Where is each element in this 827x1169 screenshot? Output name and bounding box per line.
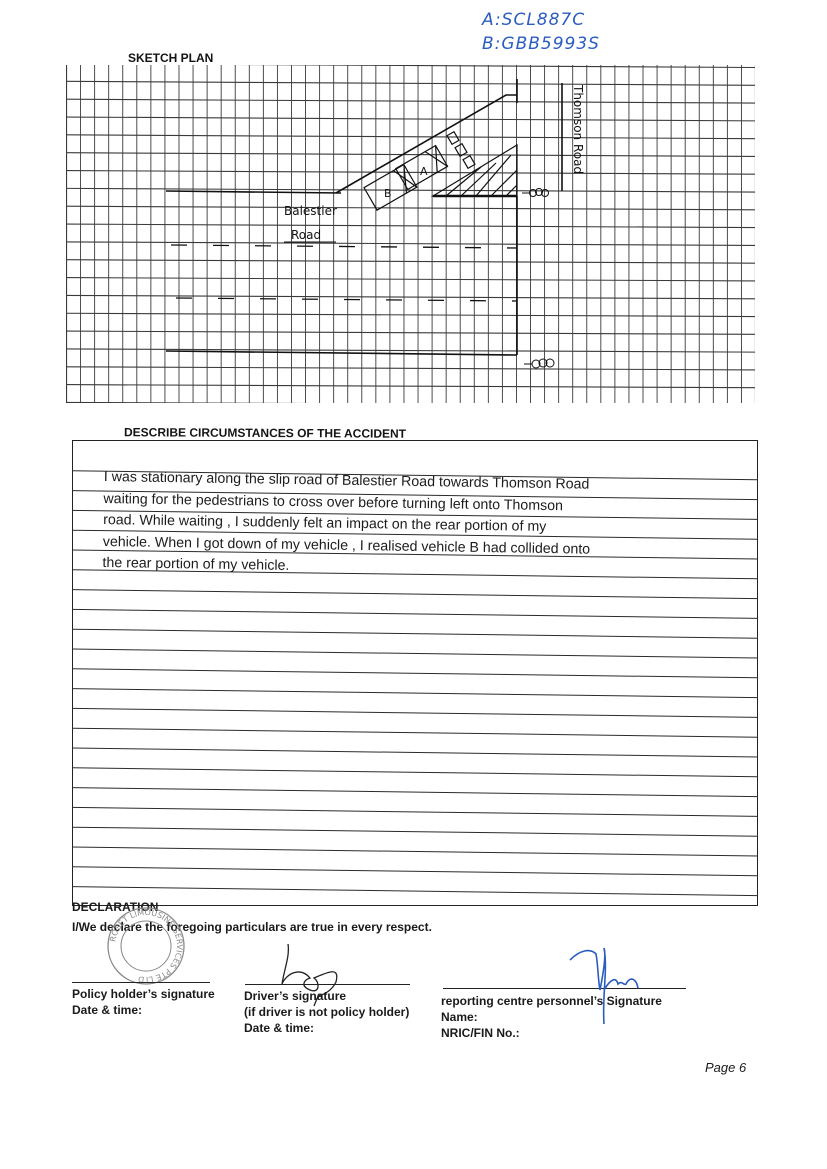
driver-signature-block: Driver’s signature (if driver is not pol… (244, 988, 409, 1036)
personnel-name-label: Name: (441, 1009, 662, 1025)
driver-note: (if driver is not policy holder) (244, 1004, 409, 1020)
company-stamp: ROSET LIMOUSINE SERVICES PTE LTD (98, 902, 198, 988)
circumstances-title: DESCRIBE CIRCUMSTANCES OF THE ACCIDENT (124, 425, 406, 440)
vehicle-plate-notes: A:SCL887C B:GBB5993S (482, 8, 600, 56)
personnel-signature-label: reporting centre personnel’s Signature (441, 993, 662, 1009)
policy-holder-signature-label: Policy holder’s signature (72, 986, 215, 1002)
personnel-nric-label: NRIC/FIN No.: (441, 1025, 662, 1041)
sketch-plan-title: SKETCH PLAN (128, 51, 213, 65)
personnel-signature-block: reporting centre personnel’s Signature N… (441, 993, 662, 1041)
sketch-plan-grid[interactable]: A B Balestier Road Thomson Road (66, 65, 755, 403)
driver-signature-label: Driver’s signature (244, 988, 409, 1004)
driver-date-label: Date & time: (244, 1020, 409, 1036)
thomson-road-label: Thomson Road (571, 84, 585, 174)
page-number: Page 6 (705, 1060, 746, 1075)
traffic-light-icon (524, 359, 554, 368)
vehicle-b-plate: B:GBB5993S (482, 32, 600, 56)
vehicle-a-plate: A:SCL887C (482, 8, 600, 32)
balestier-road-label-2: Road (291, 228, 321, 242)
policy-holder-signature-line[interactable] (72, 982, 210, 983)
policy-holder-signature-block: Policy holder’s signature Date & time: (72, 986, 215, 1018)
vehicle-a-label: A (420, 165, 428, 178)
policy-holder-date-label: Date & time: (72, 1002, 215, 1018)
traffic-island (433, 145, 517, 196)
accident-description: I was stationary along the slip road of … (102, 467, 644, 583)
vehicle-b-label: B (384, 187, 392, 200)
balestier-road-label-1: Balestier (284, 204, 337, 218)
lane-markings (171, 245, 517, 301)
